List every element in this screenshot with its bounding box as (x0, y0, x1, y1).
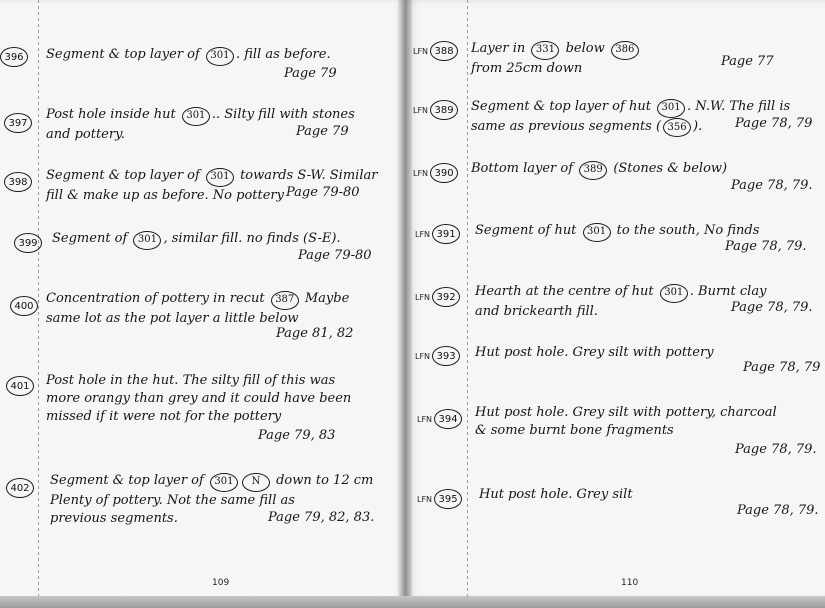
context-number-402: 402 (6, 478, 34, 498)
lfn-label-396: 396 (0, 47, 28, 67)
ref-context-301: 301 (210, 473, 238, 492)
ref-context-301: 301 (133, 231, 161, 250)
entry-392-description: Hearth at the centre of hut 301. Burnt c… (475, 283, 766, 321)
entry-391-description: Segment of hut 301 to the south, No find… (475, 222, 759, 242)
context-number-394: 394 (434, 409, 462, 429)
book-gutter (398, 0, 412, 608)
margin-line (38, 0, 39, 596)
context-number-389: 389 (430, 100, 458, 120)
context-number-391: 391 (432, 224, 460, 244)
lfn-label-394: LFN 394 (417, 409, 462, 429)
page-ref-391: Page 78, 79. (725, 239, 807, 254)
lfn-prefix: LFN (415, 230, 430, 239)
page-ref-402: Page 79, 82, 83. (268, 510, 374, 525)
page-ref-390: Page 78, 79. (731, 178, 813, 193)
page-ref-388: Page 77 (721, 54, 774, 69)
lfn-label-392: LFN 392 (415, 287, 460, 307)
page-ref-398: Page 79-80 (286, 185, 360, 200)
lfn-label-395: LFN 395 (417, 489, 462, 509)
lfn-prefix: LFN (417, 415, 432, 424)
lfn-label-388: LFN 388 (413, 41, 458, 61)
lfn-label-402: 402 (6, 478, 34, 498)
entry-394-description: Hut post hole. Grey silt with pottery, c… (475, 404, 777, 440)
lfn-prefix: LFN (415, 352, 430, 361)
ref-context-301: 301 (182, 107, 210, 126)
context-number-400: 400 (10, 296, 38, 316)
context-number-398: 398 (4, 172, 32, 192)
page-number-109: 109 (212, 578, 229, 588)
margin-line (467, 0, 468, 596)
entry-399-description: Segment of 301, similar fill. no finds (… (52, 230, 341, 250)
lfn-prefix: LFN (415, 293, 430, 302)
page-ref-389: Page 78, 79 (735, 116, 812, 131)
entry-396-description: Segment & top layer of 301. fill as befo… (46, 46, 331, 66)
page-ref-401: Page 79, 83 (258, 428, 335, 443)
page-ref-392: Page 78, 79. (731, 300, 813, 315)
page-ref-399: Page 79-80 (298, 248, 372, 263)
lfn-prefix: LFN (413, 106, 428, 115)
entry-390-description: Bottom layer of 389 (Stones & below) (471, 160, 727, 180)
ref-context-301: 301 (206, 168, 234, 187)
ref-context-387: 387 (271, 291, 299, 310)
entry-395-description: Hut post hole. Grey silt (479, 486, 633, 504)
page-ref-397: Page 79 (296, 124, 349, 139)
context-number-388: 388 (430, 41, 458, 61)
lfn-label-389: LFN 389 (413, 100, 458, 120)
lfn-label-391: LFN 391 (415, 224, 460, 244)
left-page: 396 Segment & top layer of 301. fill as … (0, 0, 405, 600)
context-number-396: 396 (0, 47, 28, 67)
context-number-393: 393 (432, 346, 460, 366)
notebook-spread: 396 Segment & top layer of 301. fill as … (0, 0, 825, 608)
page-number-110: 110 (621, 578, 638, 588)
context-number-399: 399 (14, 233, 42, 253)
page-ref-394: Page 78, 79. (735, 442, 817, 457)
lfn-prefix: LFN (413, 47, 428, 56)
ref-north: N (242, 473, 270, 492)
page-ref-395: Page 78, 79. (737, 503, 819, 518)
lfn-label-400: 400 (10, 296, 38, 316)
entry-388-description: Layer in 331 below 386 from 25cm down (471, 40, 641, 78)
lfn-label-398: 398 (4, 172, 32, 192)
ref-context-301: 301 (206, 47, 234, 66)
lfn-label-393: LFN 393 (415, 346, 460, 366)
ref-context-386: 386 (611, 41, 639, 60)
ref-context-301: 301 (660, 284, 688, 303)
lfn-label-401: 401 (6, 376, 34, 396)
ref-context-356: 356 (663, 118, 691, 137)
page-bottom-edge (0, 596, 825, 608)
lfn-prefix: LFN (417, 495, 432, 504)
context-number-392: 392 (432, 287, 460, 307)
right-page: LFN 388 Layer in 331 below 386 from 25cm… (405, 0, 825, 600)
lfn-label-390: LFN 390 (413, 163, 458, 183)
lfn-prefix: LFN (413, 169, 428, 178)
context-number-395: 395 (434, 489, 462, 509)
entry-400-description: Concentration of pottery in recut 387 Ma… (46, 290, 349, 328)
page-ref-400: Page 81, 82 (276, 326, 353, 341)
entry-401-description: Post hole in the hut. The silty fill of … (46, 372, 351, 426)
lfn-label-397: 397 (4, 113, 32, 133)
lfn-label-399: 399 (14, 233, 42, 253)
page-ref-393: Page 78, 79 (743, 360, 820, 375)
entry-393-description: Hut post hole. Grey silt with pottery (475, 344, 714, 362)
context-number-401: 401 (6, 376, 34, 396)
context-number-397: 397 (4, 113, 32, 133)
ref-context-301: 301 (583, 223, 611, 242)
ref-context-301: 301 (657, 99, 685, 118)
page-ref-396: Page 79 (284, 66, 337, 81)
ref-context-331: 331 (531, 41, 559, 60)
context-number-390: 390 (430, 163, 458, 183)
ref-context-389: 389 (579, 161, 607, 180)
